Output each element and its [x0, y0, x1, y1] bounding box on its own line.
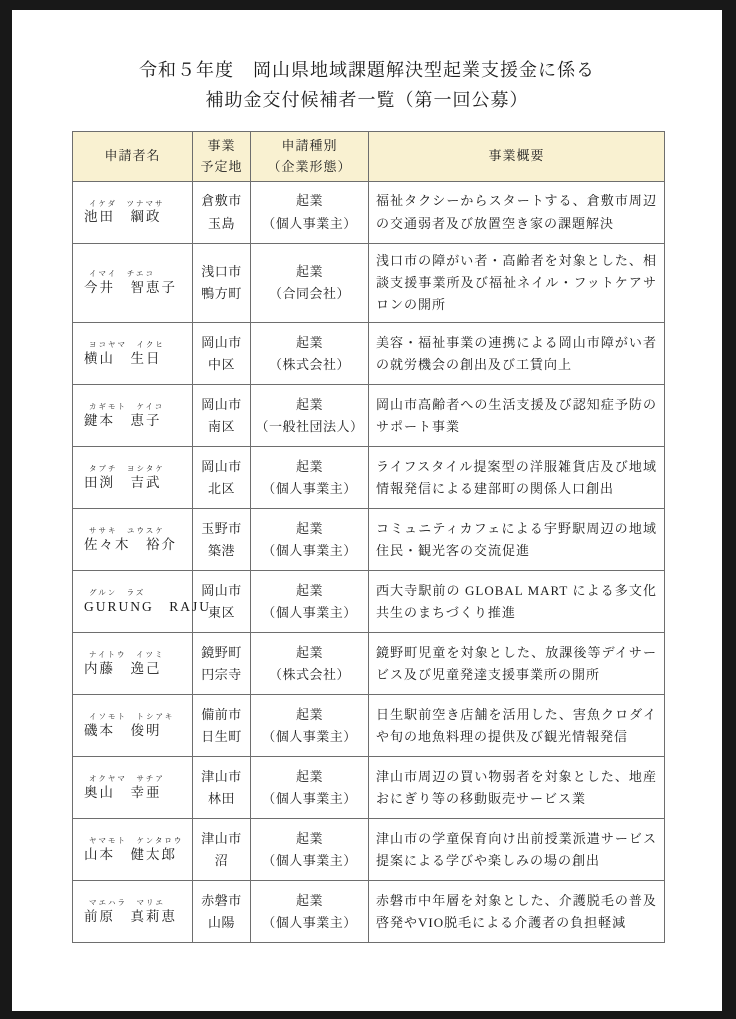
header-location-line1: 事業 [194, 136, 249, 156]
location-cell: 岡山市 北区 [193, 447, 251, 509]
overview-text: 鏡野町児童を対象とした、放課後等デイサービス及び児童発達支援事業所の開所 [376, 642, 657, 686]
type-line2: （個人事業主） [252, 602, 367, 624]
overview-text: 津山市周辺の買い物弱者を対象とした、地産おにぎり等の移動販売サービス業 [376, 766, 657, 810]
type-line2: （株式会社） [252, 354, 367, 376]
applicant-name: 奥山 幸亜 [84, 784, 188, 802]
applicant-name: GURUNG RAJU [84, 598, 188, 616]
type-line1: 起業 [252, 332, 367, 354]
document-title: 令和５年度 岡山県地域課題解決型起業支援金に係る 補助金交付候補者一覧（第一回公… [12, 55, 722, 115]
screenshot-frame: 令和５年度 岡山県地域課題解決型起業支援金に係る 補助金交付候補者一覧（第一回公… [0, 0, 736, 1019]
applicant-name: 横山 生日 [84, 350, 188, 368]
type-line1: 起業 [252, 394, 367, 416]
location-line2: 沼 [194, 850, 249, 872]
overview-text: 岡山市高齢者への生活支援及び認知症予防のサポート事業 [376, 394, 657, 438]
type-line1: 起業 [252, 261, 367, 283]
location-line2: 玉島 [194, 213, 249, 235]
location-line1: 浅口市 [194, 261, 249, 283]
location-cell: 備前市 日生町 [193, 695, 251, 757]
table-row: ナイトウ イツミ 内藤 逸己 鏡野町 円宗寺 起業 （株式会社） 鏡野町児童を対… [73, 633, 665, 695]
applicant-kana: イマイ チエコ [84, 269, 188, 279]
header-location-line2: 予定地 [194, 157, 249, 177]
overview-cell: 美容・福祉事業の連携による岡山市障がい者の就労機会の創出及び工賃向上 [369, 323, 665, 385]
applicant-name: 今井 智恵子 [84, 279, 188, 297]
applicant-cell: イソモト トシアキ 磯本 俊明 [73, 695, 193, 757]
location-line2: 鴨方町 [194, 283, 249, 305]
overview-text: 美容・福祉事業の連携による岡山市障がい者の就労機会の創出及び工賃向上 [376, 332, 657, 376]
applicant-name: 佐々木 裕介 [84, 536, 188, 554]
location-cell: 倉敷市 玉島 [193, 182, 251, 244]
type-line2: （一般社団法人） [252, 416, 367, 438]
type-line1: 起業 [252, 890, 367, 912]
type-line2: （合同会社） [252, 283, 367, 305]
location-line1: 岡山市 [194, 332, 249, 354]
applicant-kana: イケダ ツナマサ [84, 199, 188, 209]
location-line2: 山陽 [194, 912, 249, 934]
header-application-type: 申請種別 （企業形態） [251, 132, 369, 182]
overview-text: 西大寺駅前の GLOBAL MART による多文化共生のまちづくり推進 [376, 580, 657, 624]
header-type-line2: （企業形態） [252, 157, 367, 177]
overview-text: 津山市の学童保育向け出前授業派遣サービス提案による学びや楽しみの場の創出 [376, 828, 657, 872]
location-cell: 浅口市 鴨方町 [193, 244, 251, 323]
applicant-kana: オクヤマ サチア [84, 774, 188, 784]
header-overview: 事業概要 [369, 132, 665, 182]
location-line1: 岡山市 [194, 580, 249, 602]
table-row: ササキ ユウスケ 佐々木 裕介 玉野市 築港 起業 （個人事業主） コミュニティ… [73, 509, 665, 571]
type-cell: 起業 （株式会社） [251, 323, 369, 385]
applicant-kana: グルン ラズ [84, 588, 188, 598]
table-header-row: 申請者名 事業 予定地 申請種別 （企業形態） 事業概要 [73, 132, 665, 182]
location-line1: 赤磐市 [194, 890, 249, 912]
overview-cell: 津山市の学童保育向け出前授業派遣サービス提案による学びや楽しみの場の創出 [369, 819, 665, 881]
applicant-name: 鍵本 恵子 [84, 412, 188, 430]
type-cell: 起業 （個人事業主） [251, 881, 369, 943]
type-line2: （個人事業主） [252, 850, 367, 872]
applicant-cell: ナイトウ イツミ 内藤 逸己 [73, 633, 193, 695]
type-line1: 起業 [252, 190, 367, 212]
overview-text: 福祉タクシーからスタートする、倉敷市周辺の交通弱者及び放置空き家の課題解決 [376, 190, 657, 234]
location-line2: 南区 [194, 416, 249, 438]
overview-cell: 赤磐市中年層を対象とした、介護脱毛の普及啓発やVIO脱毛による介護者の負担軽減 [369, 881, 665, 943]
type-cell: 起業 （個人事業主） [251, 819, 369, 881]
applicant-kana: ヤマモト ケンタロウ [84, 836, 188, 846]
table-row: グルン ラズ GURUNG RAJU 岡山市 東区 起業 （個人事業主） 西大寺… [73, 571, 665, 633]
location-cell: 津山市 林田 [193, 757, 251, 819]
table-row: タブチ ヨシタケ 田渕 吉武 岡山市 北区 起業 （個人事業主） ライフスタイル… [73, 447, 665, 509]
type-cell: 起業 （個人事業主） [251, 182, 369, 244]
overview-cell: 西大寺駅前の GLOBAL MART による多文化共生のまちづくり推進 [369, 571, 665, 633]
header-overview-label: 事業概要 [370, 146, 663, 166]
location-line2: 築港 [194, 540, 249, 562]
table-row: オクヤマ サチア 奥山 幸亜 津山市 林田 起業 （個人事業主） 津山市周辺の買… [73, 757, 665, 819]
title-line-1: 令和５年度 岡山県地域課題解決型起業支援金に係る [12, 55, 722, 85]
table-row: ヤマモト ケンタロウ 山本 健太郎 津山市 沼 起業 （個人事業主） 津山市の学… [73, 819, 665, 881]
applicant-cell: ササキ ユウスケ 佐々木 裕介 [73, 509, 193, 571]
type-line2: （個人事業主） [252, 726, 367, 748]
type-cell: 起業 （合同会社） [251, 244, 369, 323]
applicant-kana: タブチ ヨシタケ [84, 464, 188, 474]
type-cell: 起業 （個人事業主） [251, 571, 369, 633]
type-cell: 起業 （個人事業主） [251, 695, 369, 757]
location-line2: 円宗寺 [194, 664, 249, 686]
overview-text: コミュニティカフェによる宇野駅周辺の地域住民・観光客の交流促進 [376, 518, 657, 562]
applicant-cell: イマイ チエコ 今井 智恵子 [73, 244, 193, 323]
type-line2: （個人事業主） [252, 478, 367, 500]
applicant-name: 山本 健太郎 [84, 846, 188, 864]
type-line2: （株式会社） [252, 664, 367, 686]
applicant-name: 前原 真莉恵 [84, 908, 188, 926]
location-cell: 津山市 沼 [193, 819, 251, 881]
type-line2: （個人事業主） [252, 213, 367, 235]
applicant-cell: カギモト ケイコ 鍵本 恵子 [73, 385, 193, 447]
location-line1: 津山市 [194, 766, 249, 788]
location-line2: 中区 [194, 354, 249, 376]
overview-cell: 津山市周辺の買い物弱者を対象とした、地産おにぎり等の移動販売サービス業 [369, 757, 665, 819]
type-line1: 起業 [252, 766, 367, 788]
header-applicant-name: 申請者名 [73, 132, 193, 182]
overview-cell: 岡山市高齢者への生活支援及び認知症予防のサポート事業 [369, 385, 665, 447]
type-cell: 起業 （株式会社） [251, 633, 369, 695]
location-line1: 備前市 [194, 704, 249, 726]
header-applicant-label: 申請者名 [74, 146, 191, 166]
location-line1: 岡山市 [194, 456, 249, 478]
table-row: イソモト トシアキ 磯本 俊明 備前市 日生町 起業 （個人事業主） 日生駅前空… [73, 695, 665, 757]
header-location: 事業 予定地 [193, 132, 251, 182]
overview-cell: コミュニティカフェによる宇野駅周辺の地域住民・観光客の交流促進 [369, 509, 665, 571]
applicant-kana: マエハラ マリエ [84, 898, 188, 908]
location-cell: 岡山市 南区 [193, 385, 251, 447]
applicant-cell: グルン ラズ GURUNG RAJU [73, 571, 193, 633]
type-line1: 起業 [252, 580, 367, 602]
type-cell: 起業 （個人事業主） [251, 757, 369, 819]
header-type-line1: 申請種別 [252, 136, 367, 156]
table-row: マエハラ マリエ 前原 真莉恵 赤磐市 山陽 起業 （個人事業主） 赤磐市中年層… [73, 881, 665, 943]
type-line1: 起業 [252, 828, 367, 850]
table-row: イマイ チエコ 今井 智恵子 浅口市 鴨方町 起業 （合同会社） 浅口市の障がい… [73, 244, 665, 323]
applicant-kana: カギモト ケイコ [84, 402, 188, 412]
type-line1: 起業 [252, 642, 367, 664]
type-cell: 起業 （一般社団法人） [251, 385, 369, 447]
location-line1: 鏡野町 [194, 642, 249, 664]
applicant-cell: マエハラ マリエ 前原 真莉恵 [73, 881, 193, 943]
location-cell: 岡山市 中区 [193, 323, 251, 385]
candidates-table: 申請者名 事業 予定地 申請種別 （企業形態） 事業概要 [72, 131, 665, 943]
location-line1: 倉敷市 [194, 190, 249, 212]
applicant-cell: タブチ ヨシタケ 田渕 吉武 [73, 447, 193, 509]
table-row: ヨコヤマ イクヒ 横山 生日 岡山市 中区 起業 （株式会社） 美容・福祉事業の… [73, 323, 665, 385]
applicant-cell: オクヤマ サチア 奥山 幸亜 [73, 757, 193, 819]
location-line2: 林田 [194, 788, 249, 810]
location-line1: 岡山市 [194, 394, 249, 416]
type-line2: （個人事業主） [252, 912, 367, 934]
overview-cell: 浅口市の障がい者・高齢者を対象とした、相談支援事業所及び福祉ネイル・フットケアサ… [369, 244, 665, 323]
title-line-2: 補助金交付候補者一覧（第一回公募） [12, 85, 722, 115]
location-cell: 玉野市 築港 [193, 509, 251, 571]
location-line2: 北区 [194, 478, 249, 500]
location-cell: 赤磐市 山陽 [193, 881, 251, 943]
applicant-kana: ササキ ユウスケ [84, 526, 188, 536]
type-line1: 起業 [252, 704, 367, 726]
applicant-name: 内藤 逸己 [84, 660, 188, 678]
location-cell: 鏡野町 円宗寺 [193, 633, 251, 695]
applicant-name: 磯本 俊明 [84, 722, 188, 740]
type-line1: 起業 [252, 518, 367, 540]
type-cell: 起業 （個人事業主） [251, 447, 369, 509]
applicant-cell: ヤマモト ケンタロウ 山本 健太郎 [73, 819, 193, 881]
table-row: イケダ ツナマサ 池田 綱政 倉敷市 玉島 起業 （個人事業主） 福祉タクシーか… [73, 182, 665, 244]
table-row: カギモト ケイコ 鍵本 恵子 岡山市 南区 起業 （一般社団法人） 岡山市高齢者… [73, 385, 665, 447]
applicant-cell: イケダ ツナマサ 池田 綱政 [73, 182, 193, 244]
overview-cell: 福祉タクシーからスタートする、倉敷市周辺の交通弱者及び放置空き家の課題解決 [369, 182, 665, 244]
document-page: 令和５年度 岡山県地域課題解決型起業支援金に係る 補助金交付候補者一覧（第一回公… [12, 10, 722, 1011]
applicant-kana: ヨコヤマ イクヒ [84, 340, 188, 350]
type-line1: 起業 [252, 456, 367, 478]
location-line1: 玉野市 [194, 518, 249, 540]
overview-text: 日生駅前空き店舗を活用した、害魚クロダイや旬の地魚料理の提供及び観光情報発信 [376, 704, 657, 748]
overview-cell: 日生駅前空き店舗を活用した、害魚クロダイや旬の地魚料理の提供及び観光情報発信 [369, 695, 665, 757]
overview-text: 赤磐市中年層を対象とした、介護脱毛の普及啓発やVIO脱毛による介護者の負担軽減 [376, 890, 657, 934]
overview-text: 浅口市の障がい者・高齢者を対象とした、相談支援事業所及び福祉ネイル・フットケアサ… [376, 250, 657, 316]
applicant-name: 田渕 吉武 [84, 474, 188, 492]
applicant-cell: ヨコヤマ イクヒ 横山 生日 [73, 323, 193, 385]
overview-cell: ライフスタイル提案型の洋服雑貨店及び地域情報発信による建部町の関係人口創出 [369, 447, 665, 509]
location-line1: 津山市 [194, 828, 249, 850]
overview-cell: 鏡野町児童を対象とした、放課後等デイサービス及び児童発達支援事業所の開所 [369, 633, 665, 695]
applicant-name: 池田 綱政 [84, 208, 188, 226]
applicant-kana: イソモト トシアキ [84, 712, 188, 722]
type-line2: （個人事業主） [252, 788, 367, 810]
location-line2: 日生町 [194, 726, 249, 748]
overview-text: ライフスタイル提案型の洋服雑貨店及び地域情報発信による建部町の関係人口創出 [376, 456, 657, 500]
type-cell: 起業 （個人事業主） [251, 509, 369, 571]
applicant-kana: ナイトウ イツミ [84, 650, 188, 660]
type-line2: （個人事業主） [252, 540, 367, 562]
